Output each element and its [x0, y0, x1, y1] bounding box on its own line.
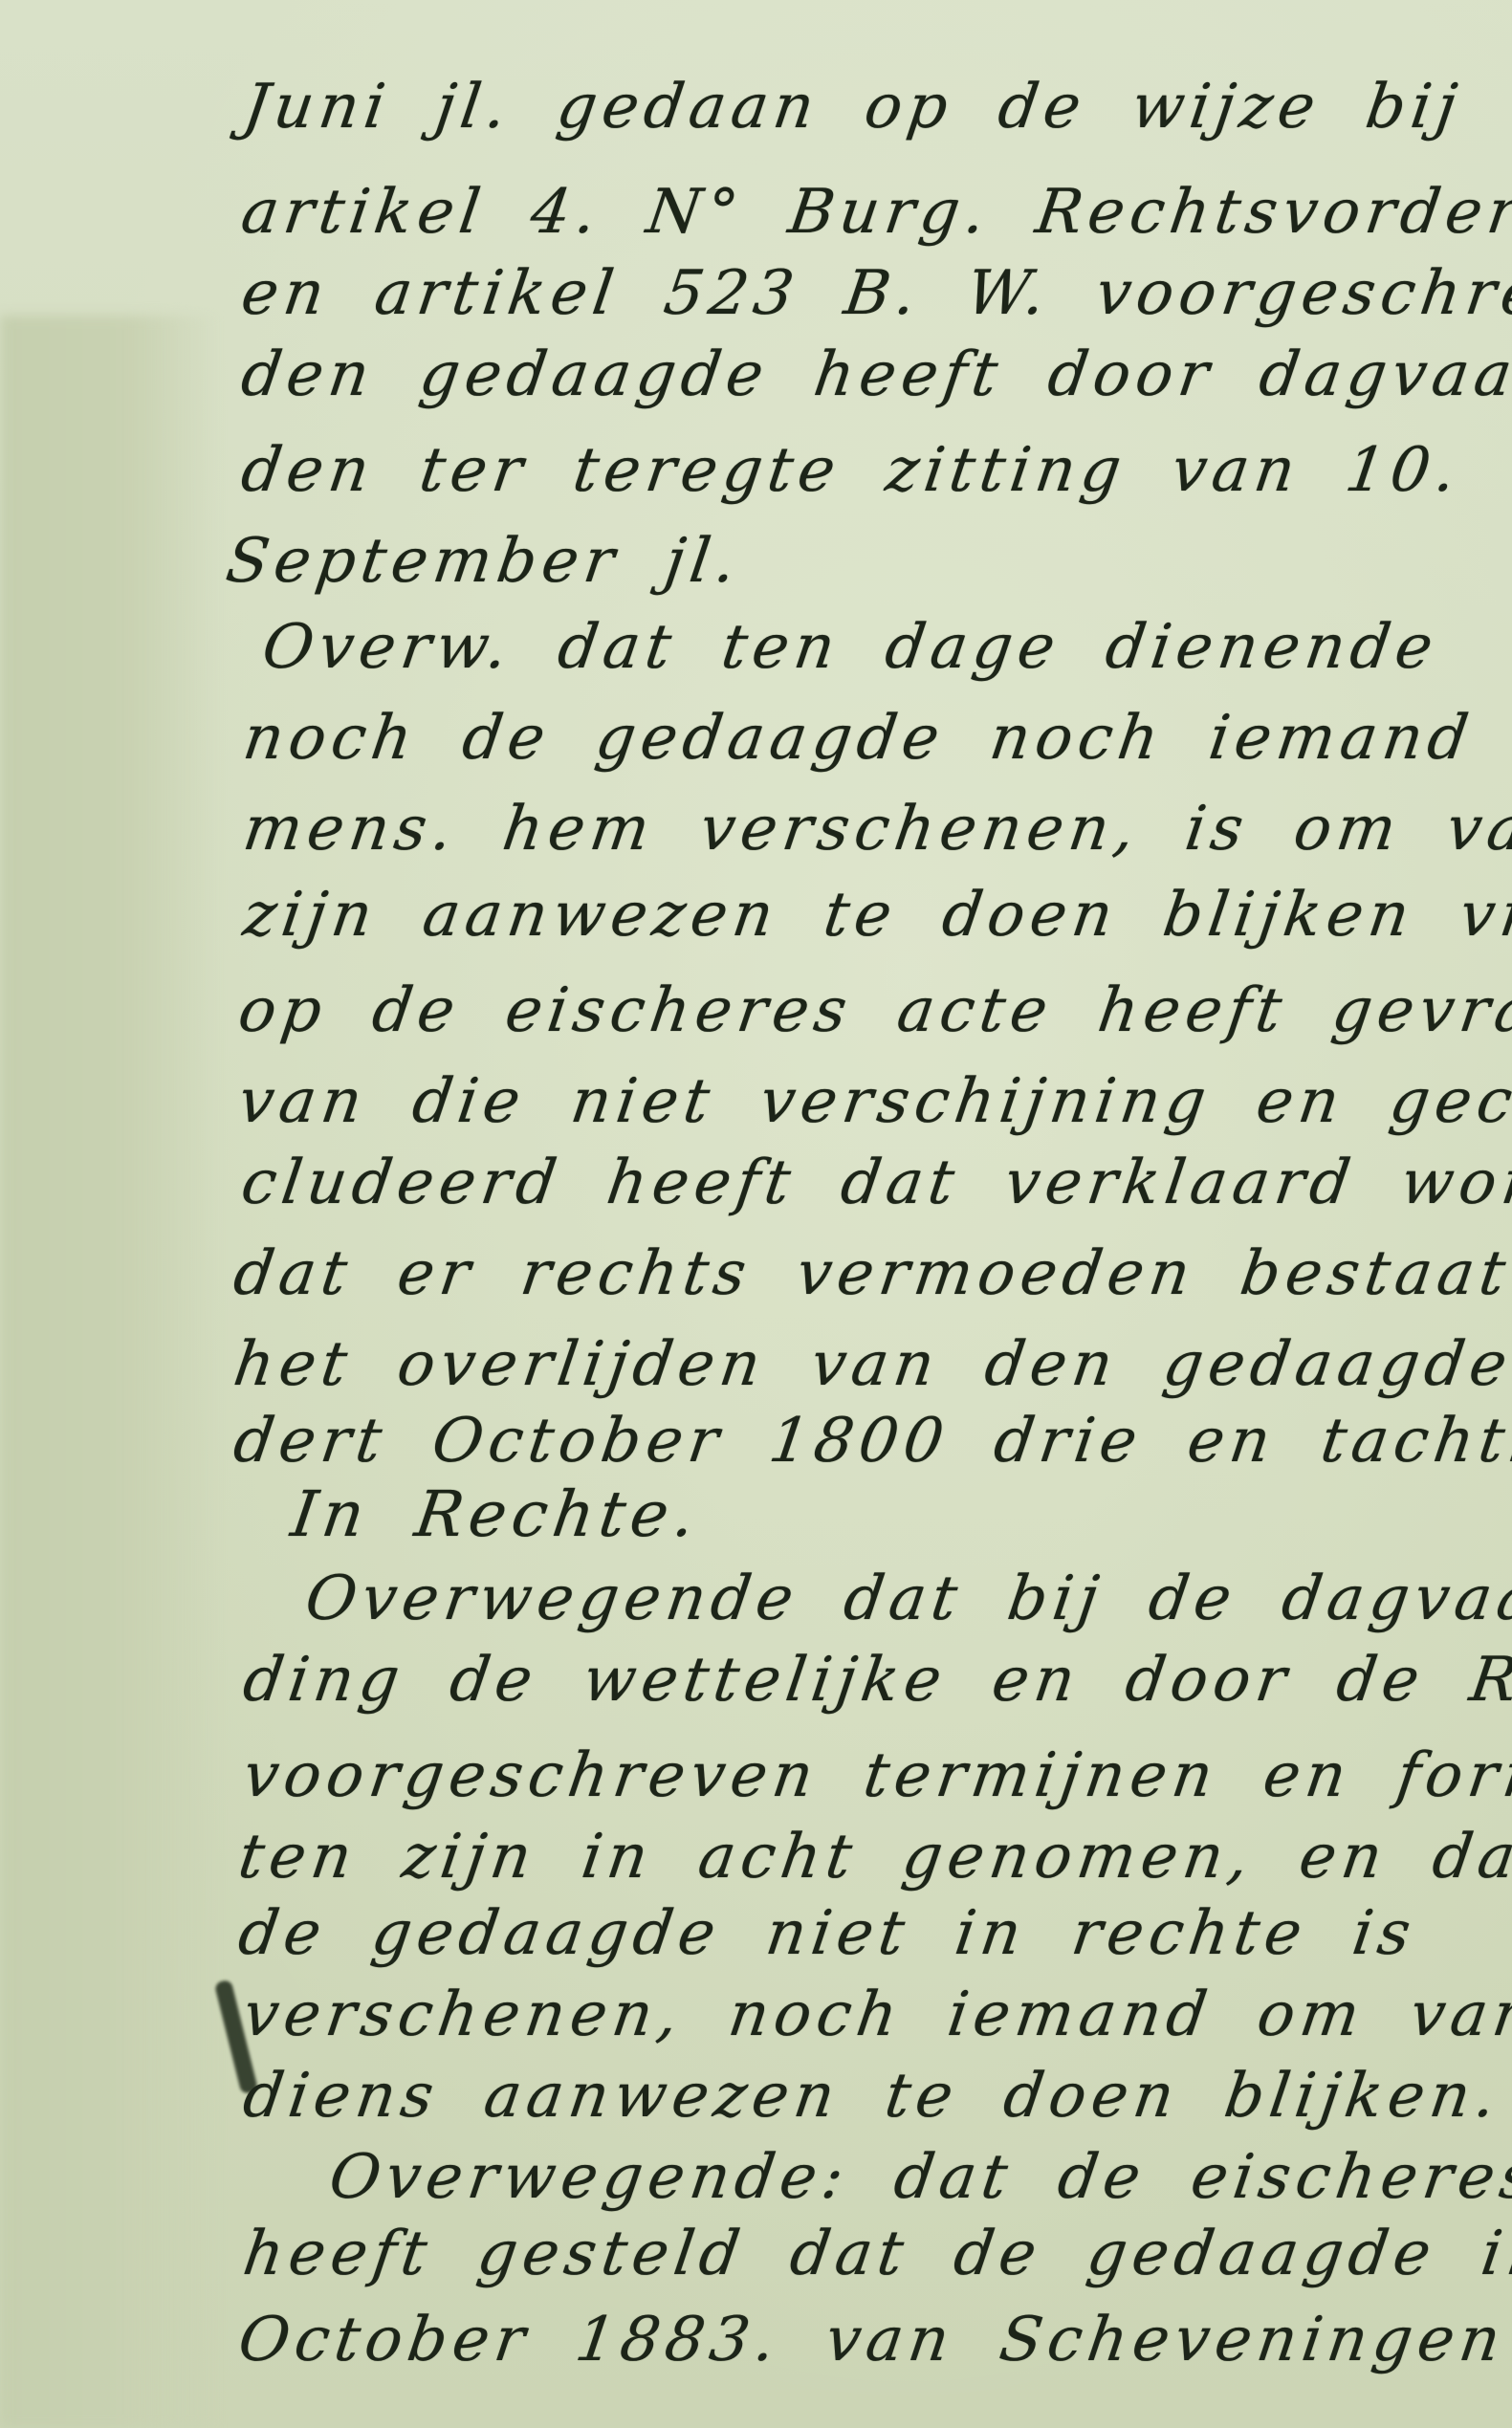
text-line-13: cludeerd heeft dat verklaard worde	[237, 1148, 1512, 1218]
text-line-18: Overwegende dat bij de dagvaar	[301, 1564, 1512, 1634]
section-heading-in-rechte: In Rechte.	[287, 1477, 705, 1551]
text-line-5: den ter teregte zitting van 10.	[237, 435, 1466, 506]
text-line-15: het overlijden van den gedaagde se	[230, 1329, 1512, 1400]
text-line-27: October 1883. van Scheveningen is	[234, 2305, 1512, 2375]
text-line-11: op de eischeres acte heeft gevraagd	[234, 975, 1512, 1046]
handwritten-text-body: Juni jl. gedaan op de wijze bij artikel …	[0, 0, 1512, 2428]
text-line-8: noch de gedaagde noch iemand na	[239, 703, 1512, 774]
text-line-20: voorgeschreven termijnen en formalitei	[239, 1740, 1512, 1811]
text-line-4: den gedaagde heeft door dagvaar	[237, 339, 1512, 410]
text-line-7: Overw. dat ten dage dienende	[258, 612, 1442, 683]
text-line-25: Overwegende: dat de eischeres.	[325, 2142, 1512, 2213]
text-line-12: van die niet verschijning en gecon	[234, 1066, 1512, 1137]
text-line-10: zijn aanwezen te doen blijken vraa	[239, 880, 1512, 951]
text-line-9: mens. hem verschenen, is om van	[239, 794, 1512, 864]
text-line-21: ten zijn in acht genomen, en dat	[234, 1822, 1512, 1892]
text-line-19: ding de wettelijke en door de Rechts	[239, 1645, 1512, 1716]
text-line-3: en artikel 523 B. W. voorgeschreven	[237, 258, 1512, 329]
text-line-6: September jl.	[222, 526, 746, 597]
text-line-22: de gedaagde niet in rechte is	[234, 1898, 1420, 1969]
paper-page: Juni jl. gedaan op de wijze bij artikel …	[0, 0, 1512, 2428]
text-line-16: dert October 1800 drie en tachtig.	[230, 1406, 1512, 1476]
text-line-1: Juni jl. gedaan op de wijze bij	[239, 72, 1466, 142]
text-line-14: dat er rechts vermoeden bestaat van	[230, 1238, 1512, 1309]
text-line-26: heeft gesteld dat de gedaagde in	[239, 2219, 1512, 2289]
text-line-24: diens aanwezen te doen blijken.	[239, 2061, 1505, 2132]
text-line-23: verschenen, noch iemand om van	[239, 1980, 1512, 2050]
text-line-2: artikel 4. N° Burg. Rechtsvordering	[237, 177, 1512, 248]
